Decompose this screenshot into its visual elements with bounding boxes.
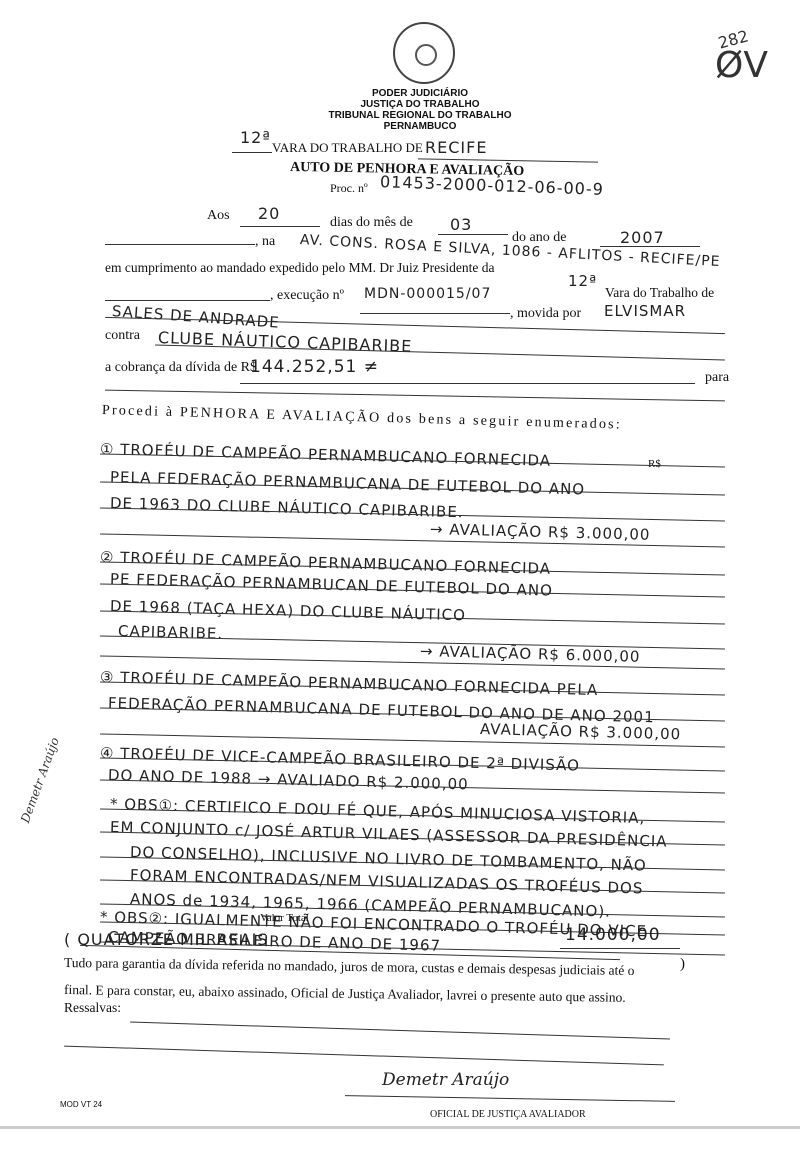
plaintiff-name-a: ELVISMAR xyxy=(604,302,686,320)
vara-city: RECIFE xyxy=(425,138,487,157)
proc-label: Proc. nº xyxy=(330,181,368,196)
cobranca-label: a cobrança da dívida de R$ xyxy=(105,360,257,376)
month-value: 03 xyxy=(450,215,472,234)
movida-label: , movida por xyxy=(510,306,581,322)
year-value: 2007 xyxy=(620,228,665,247)
initials-mark: ØV xyxy=(715,45,768,86)
item-line: CAPIBARIBE. xyxy=(118,622,224,643)
header-line-2: JUSTIÇA DO TRABALHO xyxy=(310,99,530,110)
debt-amount: 144.252,51 ≠ xyxy=(250,357,379,377)
closing-line-2: final. E para constar, eu, abaixo assina… xyxy=(64,982,626,1006)
aos-label: Aos xyxy=(207,208,230,224)
vara-label: VARA DO TRABALHO DE xyxy=(272,140,423,156)
vara2-label: Vara do Trabalho de xyxy=(605,285,714,301)
header-line-3: TRIBUNAL REGIONAL DO TRABALHO xyxy=(310,110,530,121)
ressalvas-label: Ressalvas: xyxy=(64,1000,121,1016)
vara-number: 12ª xyxy=(240,128,271,147)
para-label: para xyxy=(705,370,729,386)
form-code: MOD VT 24 xyxy=(60,1100,102,1109)
execucao-number: MDN-000015/07 xyxy=(364,286,491,302)
valor-total-value: 14.000,00 xyxy=(565,925,661,945)
item-line: DE 1963 DO CLUBE NÁUTICO CAPIBARIBE. xyxy=(110,494,464,521)
margin-signature: Demetr Araújo xyxy=(18,736,62,825)
signature-label: OFICIAL DE JUSTIÇA AVALIADOR xyxy=(430,1109,586,1120)
officer-signature: Demetr Araújo xyxy=(382,1070,509,1090)
month-label: dias do mês de xyxy=(330,215,413,231)
proc-number: 01453-2000-012-06-00-9 xyxy=(380,172,604,199)
vara2-value: 12ª xyxy=(568,272,597,290)
contra-label: contra xyxy=(105,328,140,344)
procedi-text: Procedi à PENHORA E AVALIAÇÃO dos bens a… xyxy=(102,403,622,434)
header-line-4: PERNAMBUCO xyxy=(310,121,530,132)
scan-edge xyxy=(0,1126,800,1129)
header-line-1: PODER JUDICIÁRIO xyxy=(310,88,530,99)
item-line: DE 1968 (TAÇA HEXA) DO CLUBE NÁUTICO xyxy=(110,597,466,624)
closing-line-1: Tudo para garantia da dívida referida no… xyxy=(64,955,635,979)
execucao-label: , execução nº xyxy=(270,288,344,304)
day-value: 20 xyxy=(258,204,280,223)
item-line: AVALIAÇÃO R$ 3.000,00 xyxy=(480,720,682,743)
valor-total-label: Valor Total xyxy=(260,912,309,924)
coat-of-arms-icon xyxy=(393,22,455,84)
close-paren: ) xyxy=(680,956,685,973)
cumprimento-text: em cumprimento ao mandado expedido pelo … xyxy=(105,260,495,276)
defendant-name: CLUBE NÁUTICO CAPIBARIBE xyxy=(158,328,413,356)
na-label: , na xyxy=(255,234,275,250)
